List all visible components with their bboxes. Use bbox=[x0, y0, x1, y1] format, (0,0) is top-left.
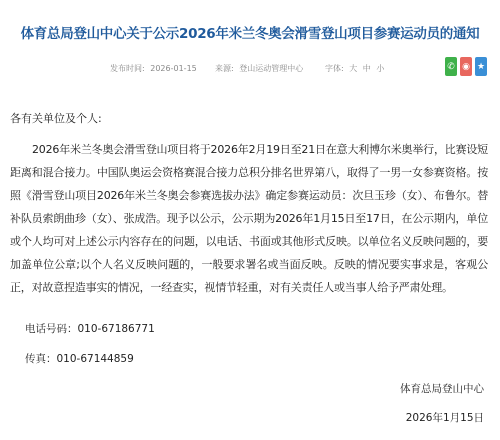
article-body: 各有关单位及个人: 2026年米兰冬奥会滑雪登山项目将于2026年2月19日至2… bbox=[10, 107, 488, 299]
source-label: 来源: bbox=[215, 64, 234, 73]
font-size-small[interactable]: 小 bbox=[376, 64, 384, 73]
article-source: 来源: 登山运动管理中心 bbox=[215, 63, 303, 74]
contact-phone: 电话号码：010-67186771 bbox=[25, 321, 155, 336]
publish-date-label: 发布时间: bbox=[110, 64, 145, 73]
publish-date-value: 2026-01-15 bbox=[150, 64, 197, 73]
publish-date: 发布时间: 2026-01-15 bbox=[110, 63, 197, 74]
share-bar: ✆ ◉ ★ bbox=[445, 57, 487, 76]
main-paragraph: 2026年米兰冬奥会滑雪登山项目将于2026年2月19日至21日在意大利博尔米奥… bbox=[10, 138, 488, 299]
salutation: 各有关单位及个人: bbox=[10, 107, 488, 130]
font-size-selector: 字体: 大 中 小 bbox=[325, 63, 384, 74]
font-size-medium[interactable]: 中 bbox=[363, 64, 371, 73]
font-size-large[interactable]: 大 bbox=[349, 64, 357, 73]
weibo-share-button[interactable]: ◉ bbox=[460, 57, 472, 76]
signature-date: 2026年1月15日 bbox=[406, 410, 484, 425]
favorite-icon: ★ bbox=[477, 62, 485, 72]
weibo-icon: ◉ bbox=[462, 62, 470, 72]
contact-fax: 传真：010-67144859 bbox=[25, 351, 134, 366]
source-value: 登山运动管理中心 bbox=[239, 64, 303, 73]
font-size-label: 字体: bbox=[325, 64, 344, 73]
favorite-button[interactable]: ★ bbox=[475, 57, 487, 76]
wechat-icon: ✆ bbox=[447, 62, 455, 72]
signature-org: 体育总局登山中心 bbox=[400, 381, 484, 396]
wechat-share-button[interactable]: ✆ bbox=[445, 57, 457, 76]
page-title: 体育总局登山中心关于公示2026年米兰冬奥会滑雪登山项目参赛运动员的通知 bbox=[0, 22, 500, 42]
